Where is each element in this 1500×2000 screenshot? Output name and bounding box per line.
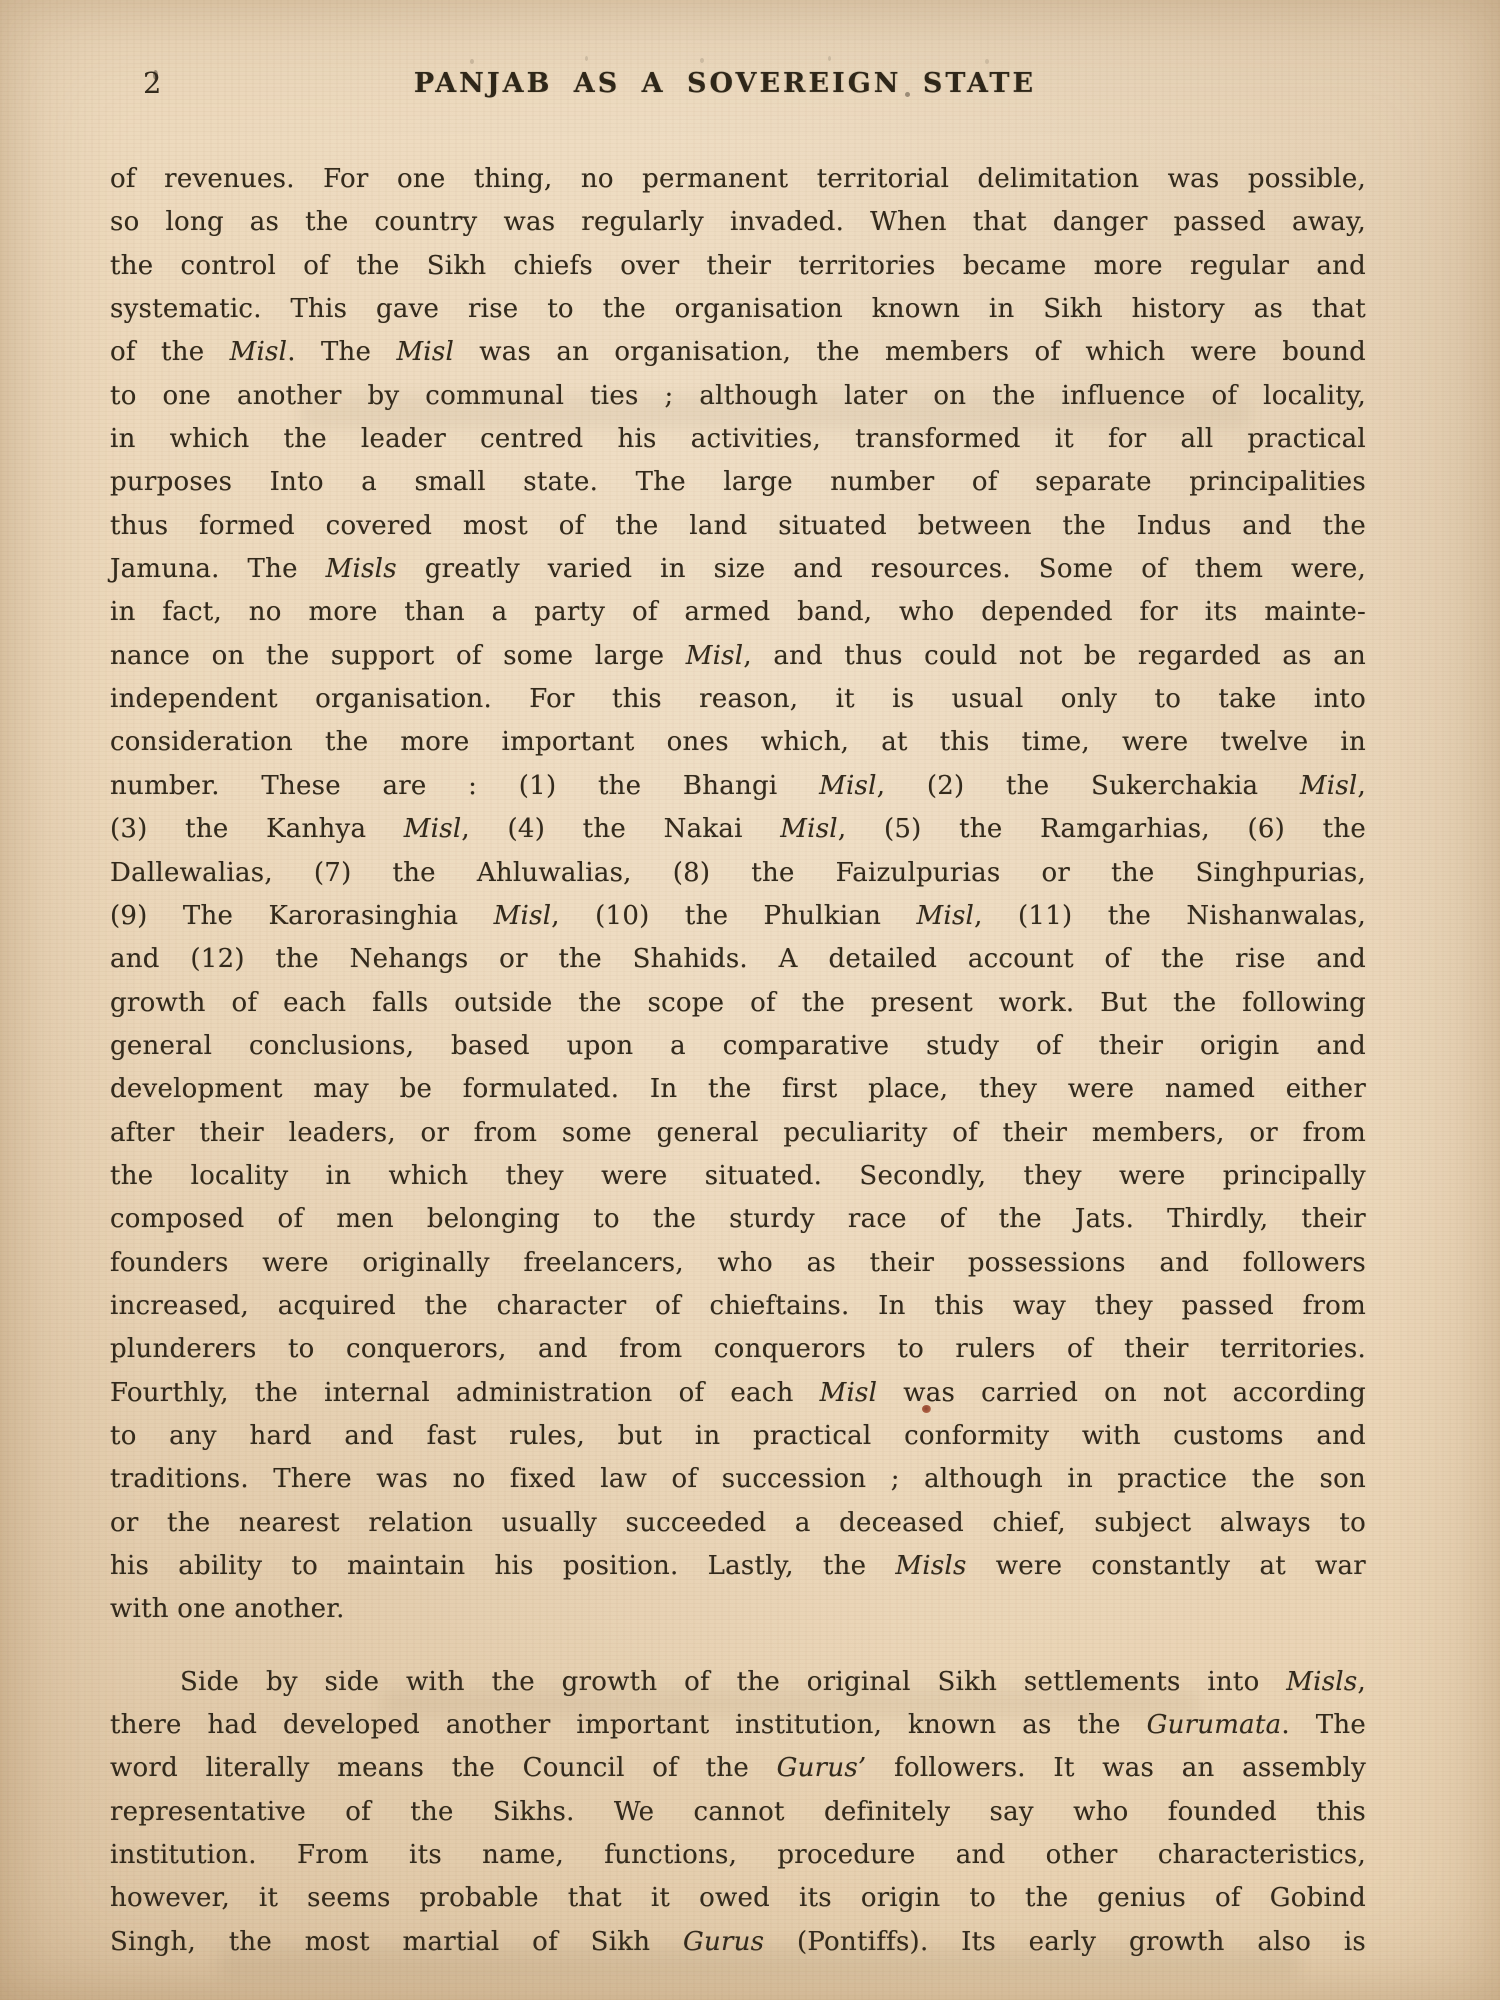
text-line: in which the leader centred his activiti…: [110, 418, 1366, 461]
text-segment: so long as the country was regularly inv…: [110, 207, 1366, 237]
text-line: founders were originally freelancers, wh…: [110, 1242, 1366, 1285]
text-segment: Fourthly, the internal administration of…: [110, 1378, 820, 1408]
ink-speck: [905, 92, 910, 97]
text-line: to one another by communal ties ; althou…: [110, 375, 1366, 418]
text-segment: his ability to maintain his position. La…: [110, 1551, 895, 1581]
text-segment: with one another.: [110, 1594, 345, 1624]
text-segment: Jamuna. The: [110, 554, 326, 584]
text-line: (3) the Kanhya Misl, (4) the Nakai Misl,…: [110, 808, 1366, 851]
italic-text: Gurumata: [1147, 1710, 1282, 1740]
text-segment: general conclusions, based upon a compar…: [110, 1031, 1366, 1061]
text-segment: to one another by communal ties ; althou…: [110, 381, 1366, 411]
text-segment: the control of the Sikh chiefs over thei…: [110, 251, 1366, 281]
text-segment: however, it seems probable that it owed …: [110, 1883, 1366, 1913]
text-segment: ,: [1358, 771, 1367, 801]
text-segment: representative of the Sikhs. We cannot d…: [110, 1797, 1366, 1827]
text-line: word literally means the Council of the …: [110, 1747, 1366, 1790]
text-segment: Singh, the most martial of Sikh: [110, 1927, 683, 1957]
text-segment: in fact, no more than a party of armed b…: [110, 597, 1366, 627]
ink-speck: [470, 59, 474, 64]
italic-text: Misl: [819, 771, 877, 801]
text-segment: consideration the more important ones wh…: [110, 727, 1366, 757]
text-line: consideration the more important ones wh…: [110, 721, 1366, 764]
italic-text: Misl: [820, 1378, 878, 1408]
text-line: growth of each falls outside the scope o…: [110, 982, 1366, 1025]
ink-speck: [700, 58, 704, 63]
text-segment: thus formed covered most of the land sit…: [110, 511, 1366, 541]
text-segment: , (10) the Phulkian: [551, 901, 916, 931]
text-line: institution. From its name, functions, p…: [110, 1834, 1366, 1877]
text-segment: number. These are : (1) the Bhangi: [110, 771, 819, 801]
text-segment: increased, acquired the character of chi…: [110, 1291, 1366, 1321]
text-segment: followers. It was an assembly: [866, 1753, 1366, 1783]
text-segment: were constantly at war: [967, 1551, 1366, 1581]
page-header: 2 PANJAB AS A SOVEREIGN STATE: [0, 62, 1500, 108]
text-segment: growth of each falls outside the scope o…: [110, 988, 1366, 1018]
italic-text: Misl: [494, 901, 552, 931]
text-line: however, it seems probable that it owed …: [110, 1877, 1366, 1920]
text-segment: word literally means the Council of the: [110, 1753, 777, 1783]
text-segment: plunderers to conquerors, and from conqu…: [110, 1334, 1366, 1364]
text-line: and (12) the Nehangs or the Shahids. A d…: [110, 938, 1366, 981]
text-segment: purposes Into a small state. The large n…: [110, 467, 1366, 497]
text-line: of the Misl. The Misl was an organisatio…: [110, 331, 1366, 374]
text-line: of revenues. For one thing, no permanent…: [110, 158, 1366, 201]
text-line: Singh, the most martial of Sikh Gurus (P…: [110, 1921, 1366, 1964]
text-segment: independent organisation. For this reaso…: [110, 684, 1366, 714]
text-line: Fourthly, the internal administration of…: [110, 1372, 1366, 1415]
text-line: so long as the country was regularly inv…: [110, 201, 1366, 244]
italic-text: Misls: [1286, 1667, 1357, 1697]
text-line: composed of men belonging to the sturdy …: [110, 1198, 1366, 1241]
italic-text: Misl: [404, 814, 462, 844]
italic-text: Misl: [917, 901, 975, 931]
text-line: development may be formulated. In the fi…: [110, 1068, 1366, 1111]
text-segment: of the: [110, 337, 230, 367]
text-line: (9) The Karorasinghia Misl, (10) the Phu…: [110, 895, 1366, 938]
text-line: increased, acquired the character of chi…: [110, 1285, 1366, 1328]
text-segment: and (12) the Nehangs or the Shahids. A d…: [110, 944, 1366, 974]
text-segment: was carried on not according: [877, 1378, 1366, 1408]
text-segment: there had developed another important in…: [110, 1710, 1147, 1740]
text-line: the control of the Sikh chiefs over thei…: [110, 245, 1366, 288]
text-line: plunderers to conquerors, and from conqu…: [110, 1328, 1366, 1371]
paragraph: Side by side with the growth of the orig…: [110, 1661, 1366, 1964]
text-segment: Dallewalias, (7) the Ahluwalias, (8) the…: [110, 858, 1366, 888]
ink-speck: [828, 56, 831, 61]
ink-speck: [585, 56, 588, 61]
text-segment: traditions. There was no fixed law of su…: [110, 1464, 1366, 1494]
italic-text: Misls: [895, 1551, 966, 1581]
italic-text: Misl: [1300, 771, 1358, 801]
text-line: traditions. There was no fixed law of su…: [110, 1458, 1366, 1501]
text-segment: to any hard and fast rules, but in pract…: [110, 1421, 1366, 1451]
text-segment: or the nearest relation usually succeede…: [110, 1508, 1366, 1538]
text-segment: after their leaders, or from some genera…: [110, 1118, 1366, 1148]
text-segment: Side by side with the growth of the orig…: [180, 1667, 1286, 1697]
italic-text: Misl: [396, 337, 454, 367]
scanned-book-page: 2 PANJAB AS A SOVEREIGN STATE of revenue…: [0, 0, 1500, 2000]
text-segment: , (11) the Nishanwalas,: [974, 901, 1366, 931]
text-segment: in which the leader centred his activiti…: [110, 424, 1366, 454]
text-line: nance on the support of some large Misl,…: [110, 635, 1366, 678]
text-line: Jamuna. The Misls greatly varied in size…: [110, 548, 1366, 591]
paragraph: of revenues. For one thing, no permanent…: [110, 158, 1366, 1632]
italic-text: Misl: [230, 337, 288, 367]
ink-speck: [153, 70, 158, 80]
text-segment: nance on the support of some large: [110, 641, 686, 671]
italic-text: Misl: [780, 814, 838, 844]
text-line: representative of the Sikhs. We cannot d…: [110, 1791, 1366, 1834]
text-segment: ,: [1357, 1667, 1366, 1697]
text-line: systematic. This gave rise to the organi…: [110, 288, 1366, 331]
text-line: Side by side with the growth of the orig…: [110, 1661, 1366, 1704]
page-body: of revenues. For one thing, no permanent…: [110, 158, 1366, 1964]
text-segment: , and thus could not be regarded as an: [743, 641, 1366, 671]
text-line: Dallewalias, (7) the Ahluwalias, (8) the…: [110, 852, 1366, 895]
text-segment: (Pontiffs). Its early growth also is: [764, 1927, 1366, 1957]
text-segment: (9) The Karorasinghia: [110, 901, 494, 931]
text-line: number. These are : (1) the Bhangi Misl,…: [110, 765, 1366, 808]
text-line: his ability to maintain his position. La…: [110, 1545, 1366, 1588]
running-title: PANJAB AS A SOVEREIGN STATE: [110, 68, 1340, 99]
text-line: thus formed covered most of the land sit…: [110, 505, 1366, 548]
italic-text: Gurus: [683, 1927, 764, 1957]
text-segment: development may be formulated. In the fi…: [110, 1074, 1366, 1104]
text-segment: greatly varied in size and resources. So…: [397, 554, 1366, 584]
text-segment: , (5) the Ramgarhias, (6) the: [838, 814, 1366, 844]
text-line: there had developed another important in…: [110, 1704, 1366, 1747]
italic-text: Misl: [686, 641, 744, 671]
text-segment: systematic. This gave rise to the organi…: [110, 294, 1366, 324]
text-segment: , (4) the Nakai: [461, 814, 780, 844]
text-line: with one another.: [110, 1588, 1366, 1631]
text-line: independent organisation. For this reaso…: [110, 678, 1366, 721]
ink-speck: [985, 59, 989, 64]
italic-text: Misls: [326, 554, 397, 584]
text-segment: , (2) the Sukerchakia: [877, 771, 1300, 801]
text-segment: the locality in which they were situated…: [110, 1161, 1366, 1191]
text-segment: composed of men belonging to the sturdy …: [110, 1204, 1366, 1234]
text-line: the locality in which they were situated…: [110, 1155, 1366, 1198]
text-line: purposes Into a small state. The large n…: [110, 461, 1366, 504]
italic-text: Gurus’: [777, 1753, 867, 1783]
text-segment: (3) the Kanhya: [110, 814, 404, 844]
text-line: general conclusions, based upon a compar…: [110, 1025, 1366, 1068]
text-segment: . The: [287, 337, 396, 367]
text-segment: institution. From its name, functions, p…: [110, 1840, 1366, 1870]
text-line: after their leaders, or from some genera…: [110, 1112, 1366, 1155]
text-line: or the nearest relation usually succeede…: [110, 1502, 1366, 1545]
text-line: to any hard and fast rules, but in pract…: [110, 1415, 1366, 1458]
text-segment: founders were originally freelancers, wh…: [110, 1248, 1366, 1278]
text-line: in fact, no more than a party of armed b…: [110, 591, 1366, 634]
text-segment: of revenues. For one thing, no permanent…: [110, 164, 1366, 194]
text-segment: . The: [1281, 1710, 1366, 1740]
text-segment: was an organisation, the members of whic…: [454, 337, 1366, 367]
